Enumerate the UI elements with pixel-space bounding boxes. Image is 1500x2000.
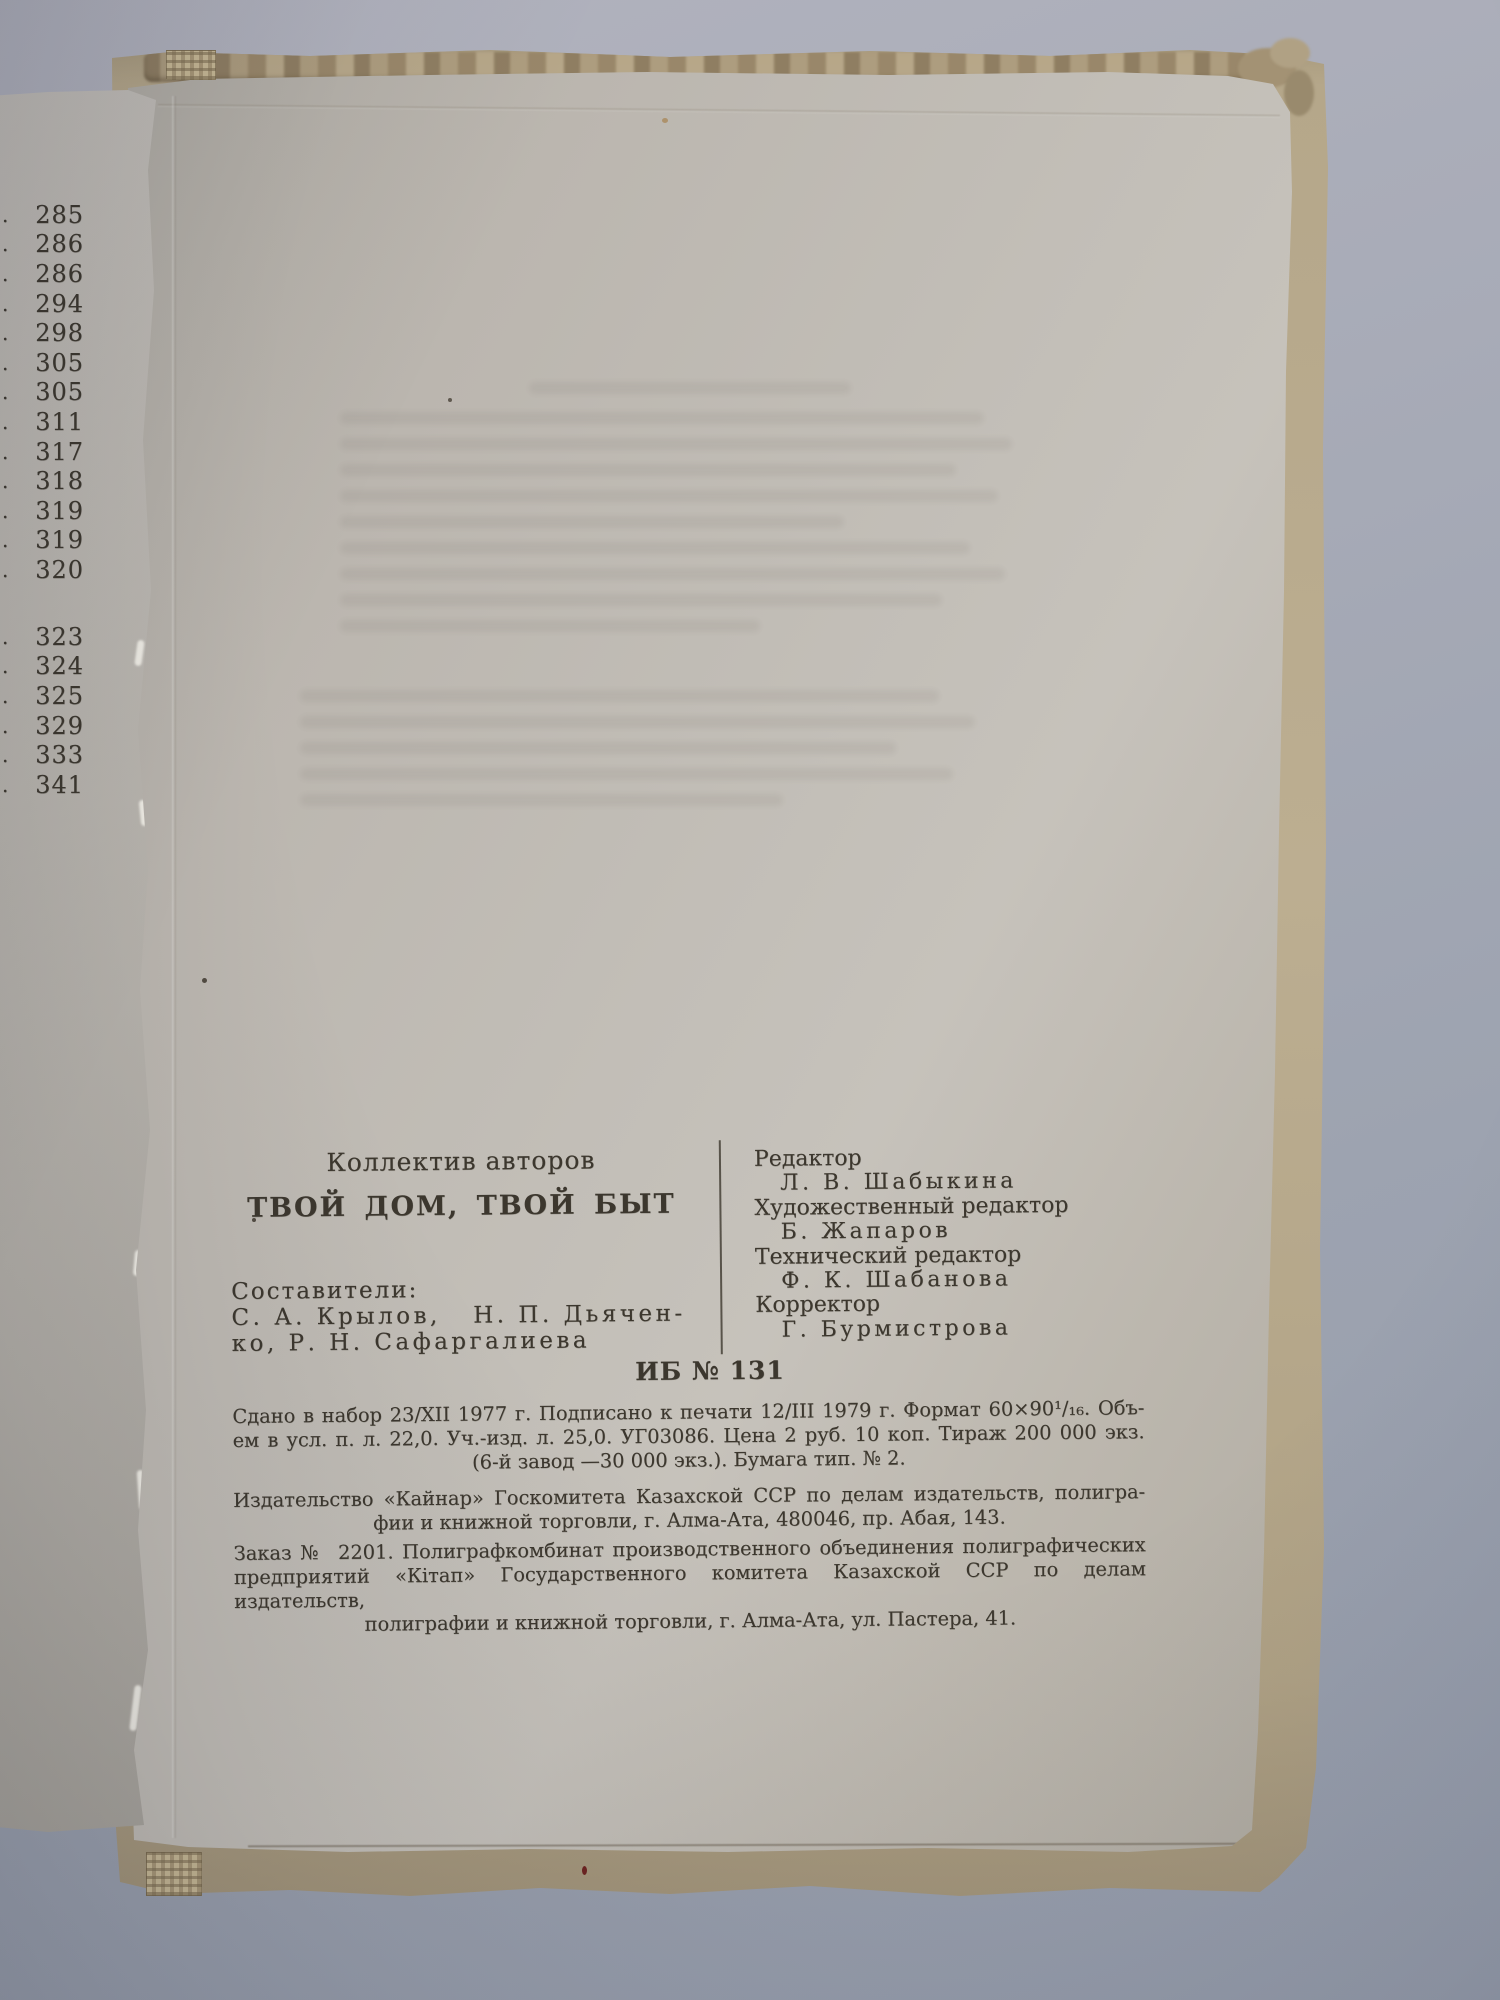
toc-row: .329 <box>2 711 84 741</box>
colophon-content: Коллектив авторов ТВОЙ ДОМ, ТВОЙ БЫТ Сос… <box>116 67 1298 1858</box>
binding-gauze-top <box>166 50 216 80</box>
dot-leader: . <box>2 773 18 797</box>
corner-fiber-tuft <box>1270 38 1310 68</box>
dot-leader: . <box>2 469 18 493</box>
dot-leader: . <box>2 499 18 523</box>
toc-row: .325 <box>2 681 84 711</box>
staff-block: Редактор Л. В. Шабыкина Художественный р… <box>754 1143 1256 1343</box>
toc-page-number: 285 <box>18 201 84 229</box>
compilers-block: Составители: С. А. Крылов, Н. П. Дьячен-… <box>231 1273 832 1357</box>
dot-leader: . <box>2 558 18 582</box>
staff-name: Г. Бурмистрова <box>755 1314 1255 1343</box>
dot-leader: . <box>2 714 18 738</box>
corner-fiber-tuft <box>1284 70 1314 116</box>
toc-row: .294 <box>2 289 84 319</box>
photo-book-colophon: { "toc": { "leader_dot": ".", "group1": … <box>0 0 1500 2000</box>
toc-page-number: 317 <box>18 438 84 466</box>
authors-block: Коллектив авторов ТВОЙ ДОМ, ТВОЙ БЫТ <box>181 1144 742 1224</box>
toc-row: .319 <box>2 526 84 556</box>
contents-page: .285 .286 .286 .294 .298 .305 .305 .311 … <box>0 90 156 1832</box>
toc-page-number: 319 <box>18 526 84 554</box>
dot-leader: . <box>2 654 18 678</box>
order-line: предприятий «Кітап» Государственного ком… <box>234 1557 1146 1614</box>
toc-page-number: 320 <box>18 556 84 584</box>
toc-page-number: 341 <box>18 771 84 799</box>
toc-row: .318 <box>2 466 84 496</box>
toc-row: .286 <box>2 259 84 289</box>
toc-row: .305 <box>2 348 84 378</box>
dot-leader: . <box>2 528 18 552</box>
toc-page-number: 311 <box>18 408 84 436</box>
toc-row: .286 <box>2 230 84 260</box>
torn-edge-fiber <box>134 640 145 667</box>
toc-row: .319 <box>2 496 84 526</box>
compilers-line: ко, Р. Н. Сафаргалиева <box>232 1325 832 1357</box>
imprint-paragraph: Сдано в набор 23/XII 1977 г. Подписано к… <box>232 1396 1145 1476</box>
toc-page-number: 286 <box>18 230 84 258</box>
toc-page-number: 324 <box>18 652 84 680</box>
toc-page-number: 323 <box>18 623 84 651</box>
toc-row: .323 <box>2 622 84 652</box>
toc-page-number: 319 <box>18 497 84 525</box>
toc-page-number: 286 <box>18 260 84 288</box>
toc-page-number: 298 <box>18 319 84 347</box>
toc-page-number: 294 <box>18 290 84 318</box>
dot-leader: . <box>2 625 18 649</box>
dot-leader: . <box>2 684 18 708</box>
dot-leader: . <box>2 232 18 256</box>
dot-leader: . <box>2 440 18 464</box>
dot-leader: . <box>2 380 18 404</box>
toc-page-number: 305 <box>18 378 84 406</box>
toc-page-number: 329 <box>18 712 84 740</box>
toc-row: .333 <box>2 740 84 770</box>
dot-leader: . <box>2 203 18 227</box>
dot-leader: . <box>2 351 18 375</box>
toc-row: .320 <box>2 555 84 585</box>
toc-row: .317 <box>2 437 84 467</box>
red-speck <box>582 1866 587 1875</box>
toc-page-number-list: .285 .286 .286 .294 .298 .305 .305 .311 … <box>2 200 84 585</box>
toc-row: .341 <box>2 770 84 800</box>
ib-number: ИБ № 131 <box>150 1351 1270 1391</box>
toc-row: .305 <box>2 378 84 408</box>
toc-page-number: 305 <box>18 349 84 377</box>
toc-page-number: 325 <box>18 682 84 710</box>
toc-row: .285 <box>2 200 84 230</box>
toc-page-number: 318 <box>18 467 84 495</box>
toc-row: .298 <box>2 318 84 348</box>
authors-label: Коллектив авторов <box>181 1144 741 1178</box>
dot-leader: . <box>2 321 18 345</box>
dot-leader: . <box>2 743 18 767</box>
colophon-page: Коллектив авторов ТВОЙ ДОМ, ТВОЙ БЫТ Сос… <box>128 72 1293 1852</box>
publisher-paragraph: Издательство «Кайнар» Госкомитета Казахс… <box>233 1480 1145 1537</box>
dot-leader: . <box>2 262 18 286</box>
toc-row: .324 <box>2 652 84 682</box>
toc-page-number-list: .323 .324 .325 .329 .333 .341 <box>2 622 84 800</box>
binding-gauze-bottom <box>146 1852 202 1896</box>
order-paragraph: Заказ № 2201. Полиграфкомбинат производс… <box>234 1533 1147 1637</box>
toc-row: .311 <box>2 407 84 437</box>
book-title: ТВОЙ ДОМ, ТВОЙ БЫТ <box>181 1188 741 1224</box>
toc-page-number: 333 <box>18 741 84 769</box>
dot-leader: . <box>2 410 18 434</box>
dot-leader: . <box>2 292 18 316</box>
